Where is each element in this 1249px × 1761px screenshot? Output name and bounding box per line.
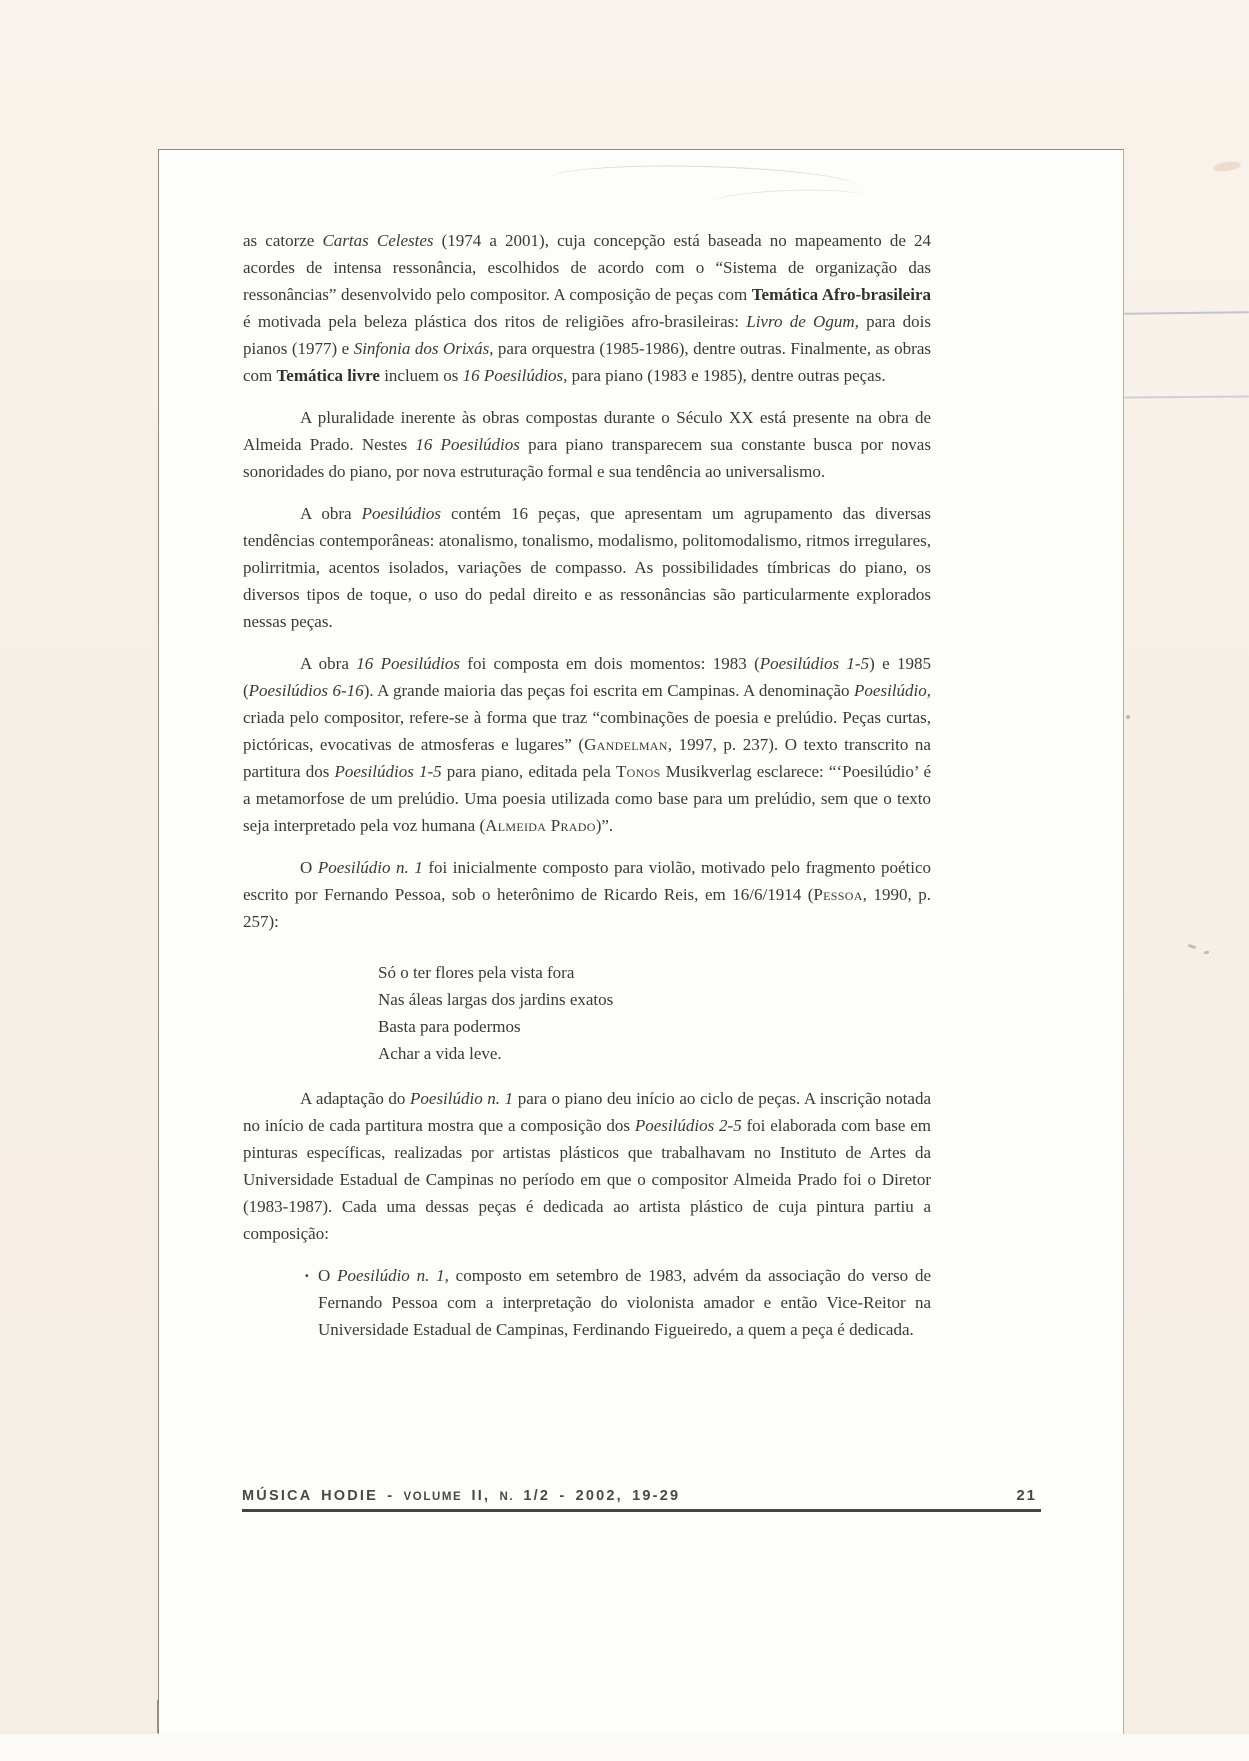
paragraph-cartas-celestes: as catorze Cartas Celestes (1974 a 2001)…	[243, 227, 931, 389]
scan-bottom-edge	[0, 1734, 1249, 1761]
scan-speck	[1126, 715, 1130, 719]
poem-line: Basta para podermos	[378, 1013, 931, 1040]
paragraph-dois-momentos: A obra 16 Poesilúdios foi composta em do…	[243, 650, 931, 839]
page-text-column: as catorze Cartas Celestes (1974 a 2001)…	[243, 227, 931, 1343]
paragraph-obra-poesiludios: A obra Poesilúdios contém 16 peças, que …	[243, 500, 931, 635]
scanned-page-background: as catorze Cartas Celestes (1974 a 2001)…	[0, 0, 1249, 1761]
document-page: as catorze Cartas Celestes (1974 a 2001)…	[158, 149, 1124, 1735]
page-number: 21	[1016, 1487, 1041, 1504]
paragraph-pluralidade: A pluralidade inerente às obras composta…	[243, 404, 931, 485]
journal-footer: MÚSICA HODIE - VOLUME II, N. 1/2 - 2002,…	[242, 1487, 1041, 1512]
poem-line: Nas áleas largas dos jardins exatos	[378, 986, 931, 1013]
scan-smudge-artifact	[1213, 160, 1242, 173]
scan-ruled-line-artifact	[1124, 311, 1249, 315]
paragraph-adaptacao: A adaptação do Poesilúdio n. 1 para o pi…	[243, 1085, 931, 1247]
bullet-marker: ·	[304, 1262, 310, 1289]
journal-citation: MÚSICA HODIE - VOLUME II, N. 1/2 - 2002,…	[242, 1488, 680, 1504]
scan-speck	[1188, 944, 1197, 949]
bullet-text: O Poesilúdio n. 1, composto em setembro …	[318, 1266, 931, 1339]
scan-speck	[1204, 951, 1209, 955]
poem-line: Só o ter flores pela vista fora	[378, 959, 931, 986]
bullet-item-poesiludio-n1: · O Poesilúdio n. 1, composto em setembr…	[302, 1262, 931, 1343]
poem-line: Achar a vida leve.	[378, 1040, 931, 1067]
paragraph-poesiludio-n1: O Poesilúdio n. 1 foi inicialmente compo…	[243, 854, 931, 935]
scan-ruled-line-artifact	[1124, 395, 1249, 398]
poem-quote: Só o ter flores pela vista fora Nas álea…	[378, 959, 931, 1067]
